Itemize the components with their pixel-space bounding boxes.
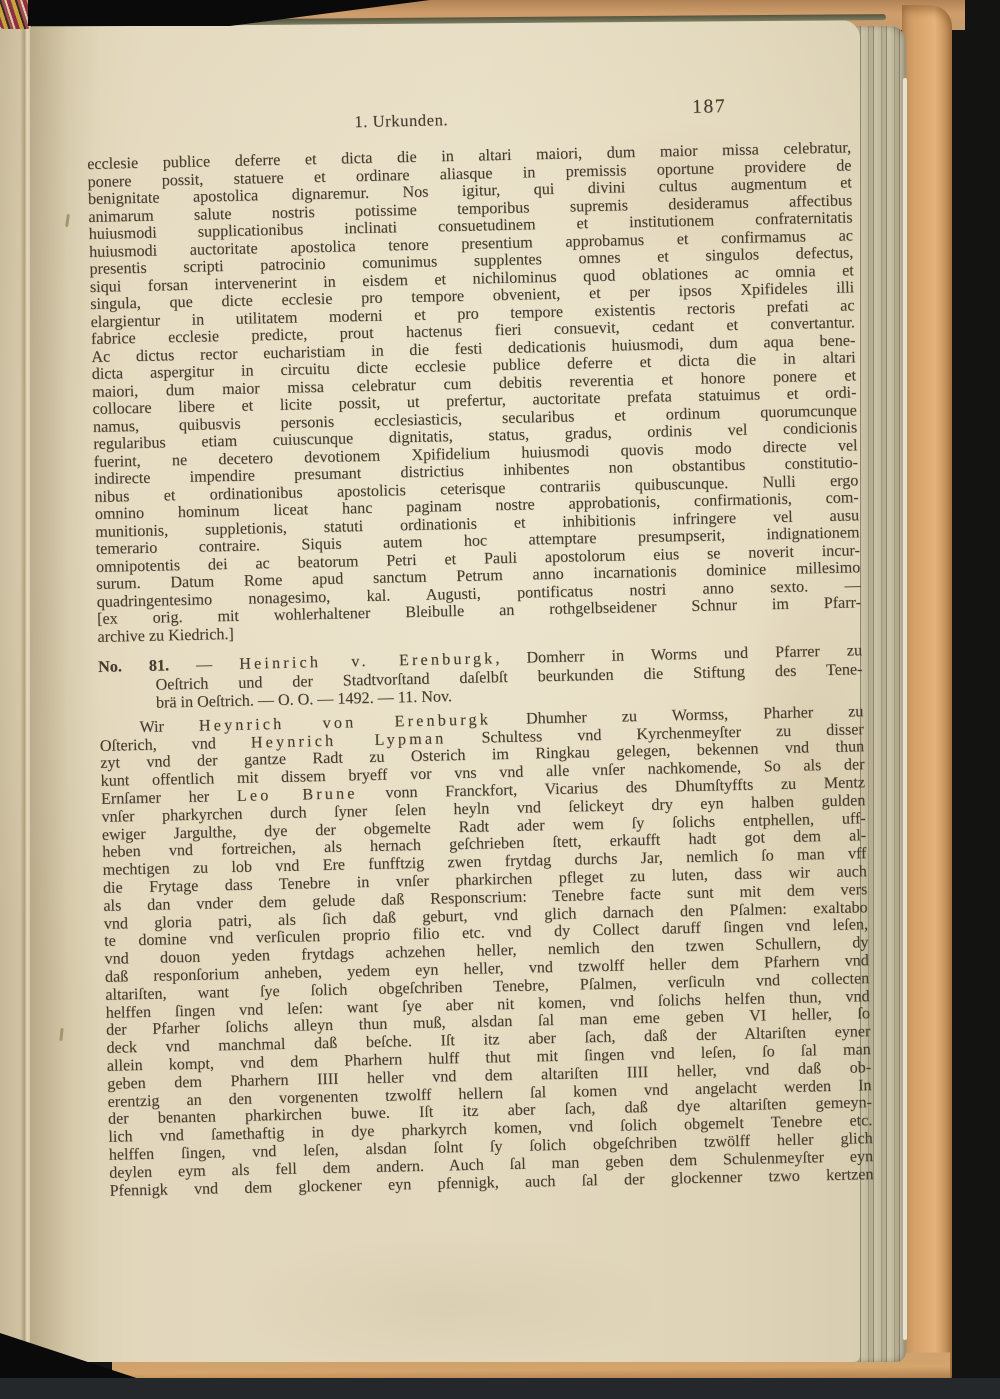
section-title: 1. Urkunden.: [354, 110, 448, 132]
bottom-table-surface: [0, 1378, 1000, 1399]
printed-text-area: 1. Urkunden. 187 ecclesie publice deferr…: [86, 91, 874, 1200]
page-number: 187: [692, 96, 727, 119]
text-segment: archive zu Kiedrich.]: [97, 625, 234, 645]
white-page-sliver: [903, 78, 907, 1340]
text-segment: Leo Brune: [237, 785, 358, 805]
text-segment: No. 81.: [98, 657, 169, 676]
book-scan-scene: 1. Urkunden. 187 ecclesie publice deferr…: [0, 0, 1000, 1399]
german-charter-paragraph: Wir Heynrich von Erenburgk Dhumher zu Wo…: [99, 703, 873, 1200]
text-segment: Wir: [139, 717, 199, 735]
gutter-crease: [20, 28, 30, 1358]
text-segment: Oſterich, vnd: [100, 734, 251, 754]
latin-charter-paragraph: ecclesie publice deferre et dicta die in…: [87, 139, 862, 646]
paper-stain: [240, 1230, 660, 1380]
entry-heading-no-81: No. 81. — Heinrich v. Erenburgk, Domherr…: [98, 642, 863, 714]
text-segment: Ernſamer her: [101, 788, 237, 808]
book-cover-right-edge: [902, 5, 952, 1391]
text-segment: —: [169, 656, 240, 675]
